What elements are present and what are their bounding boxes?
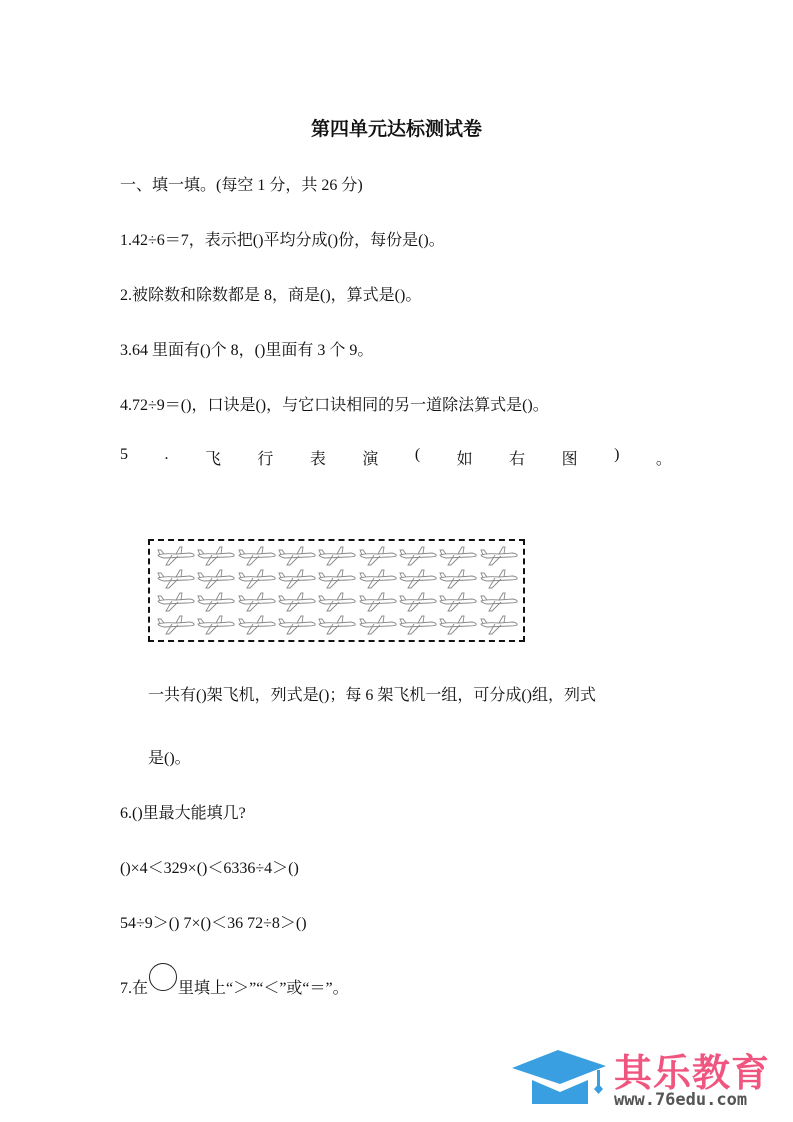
airplane-icon <box>196 613 236 636</box>
airplane-icon <box>438 591 478 614</box>
airplane-icon <box>317 591 357 614</box>
question-5-char: 图 <box>562 446 578 469</box>
question-5-char: 如 <box>457 446 473 469</box>
question-7: 7.在里填上“＞”“＜”或“＝”。 <box>120 963 349 998</box>
question-5-char: 行 <box>257 446 273 469</box>
question-5-char: 5 <box>120 446 128 469</box>
question-6-row-2: 54÷9＞() 7×()＜36 72÷8＞() <box>120 910 307 933</box>
question-4: 4.72÷9＝()，口诀是()，与它口诀相同的另一道除法算式是()。 <box>120 392 549 415</box>
airplane-icon <box>237 568 277 591</box>
airplane-icon <box>277 591 317 614</box>
airplane-icon <box>479 613 519 636</box>
airplane-figure <box>148 539 525 642</box>
question-5-heading: 5.飞行表演(如右图)。 <box>120 446 672 469</box>
airplane-icon <box>277 568 317 591</box>
airplane-icon <box>479 568 519 591</box>
airplane-icon <box>277 613 317 636</box>
question-5-char: 。 <box>656 446 672 469</box>
circle-blank-icon <box>149 963 177 991</box>
question-5-line-2: 是()。 <box>148 745 191 768</box>
airplane-icon <box>196 568 236 591</box>
brand-logo: 其乐教育 www.76edu.com <box>510 1040 790 1115</box>
question-5-char: 飞 <box>205 446 221 469</box>
airplane-icon <box>398 613 438 636</box>
question-5-char: ) <box>614 446 619 469</box>
airplane-icon <box>438 568 478 591</box>
airplane-icon <box>156 613 196 636</box>
airplane-icon <box>358 591 398 614</box>
airplane-grid <box>156 545 519 636</box>
graduation-cap-icon <box>510 1046 610 1106</box>
question-1: 1.42÷6＝7，表示把()平均分成()份，每份是()。 <box>120 227 445 250</box>
airplane-icon <box>277 545 317 568</box>
airplane-icon <box>398 545 438 568</box>
airplane-icon <box>156 568 196 591</box>
brand-name: 其乐教育 <box>614 1042 770 1097</box>
airplane-icon <box>196 545 236 568</box>
airplane-icon <box>317 613 357 636</box>
airplane-icon <box>317 545 357 568</box>
airplane-icon <box>156 545 196 568</box>
airplane-icon <box>196 591 236 614</box>
airplane-icon <box>317 568 357 591</box>
question-7-prefix: 7.在 <box>120 980 148 997</box>
question-6-prompt: 6.()里最大能填几? <box>120 800 246 823</box>
airplane-icon <box>398 568 438 591</box>
airplane-icon <box>358 568 398 591</box>
question-5-char: 右 <box>509 446 525 469</box>
airplane-icon <box>398 591 438 614</box>
airplane-icon <box>237 613 277 636</box>
airplane-icon <box>156 591 196 614</box>
question-5-char: . <box>164 446 168 469</box>
airplane-icon <box>438 545 478 568</box>
airplane-icon <box>438 613 478 636</box>
question-5-char: ( <box>415 446 420 469</box>
section-heading: 一、填一填。(每空 1 分，共 26 分) <box>120 172 363 195</box>
airplane-icon <box>237 545 277 568</box>
question-7-suffix: 里填上“＞”“＜”或“＝”。 <box>178 980 349 997</box>
question-5-char: 表 <box>310 446 326 469</box>
airplane-icon <box>479 545 519 568</box>
page-title: 第四单元达标测试卷 <box>0 114 793 141</box>
airplane-icon <box>479 591 519 614</box>
airplane-icon <box>358 613 398 636</box>
airplane-icon <box>358 545 398 568</box>
question-5-char: 演 <box>362 446 378 469</box>
question-6-row-1: ()×4＜329×()＜6336÷4＞() <box>120 855 299 878</box>
question-5-line-1: 一共有()架飞机，列式是()；每 6 架飞机一组，可分成()组，列式 <box>148 682 596 705</box>
brand-url: www.76edu.com <box>614 1090 747 1110</box>
question-3: 3.64 里面有()个 8，()里面有 3 个 9。 <box>120 337 373 360</box>
airplane-icon <box>237 591 277 614</box>
question-2: 2.被除数和除数都是 8，商是()，算式是()。 <box>120 282 421 305</box>
